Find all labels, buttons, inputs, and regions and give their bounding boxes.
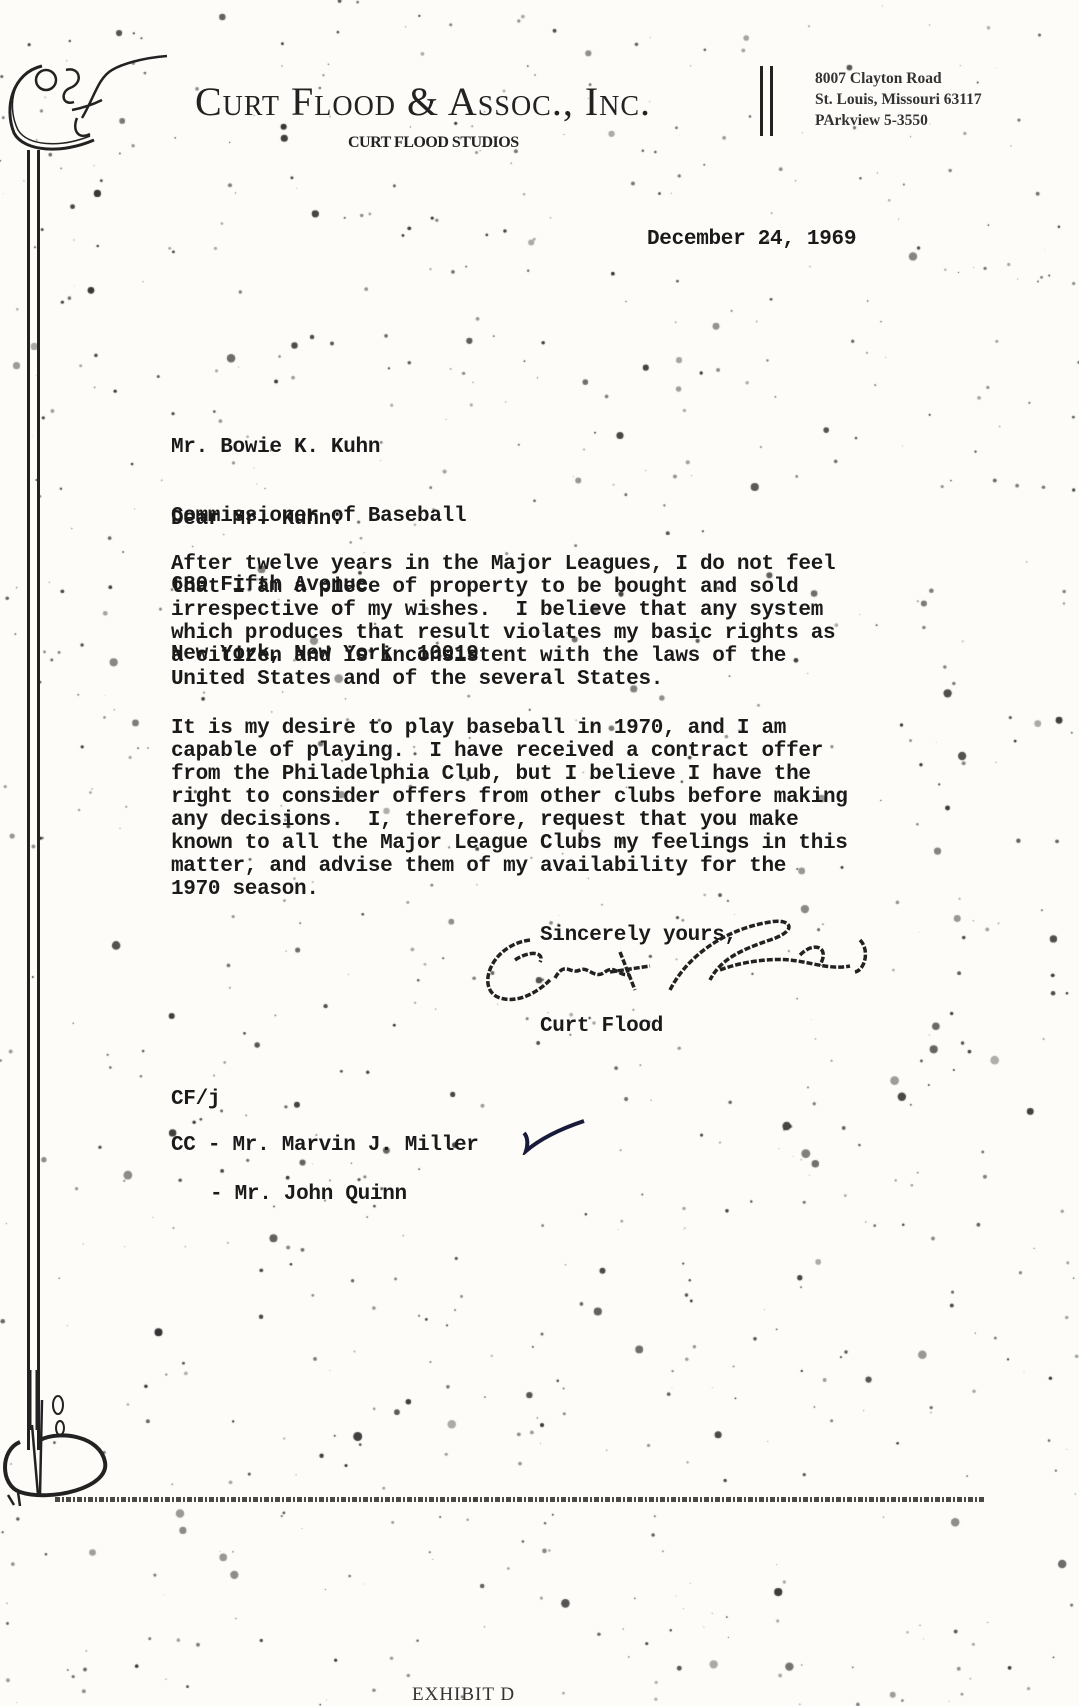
typist-initials: CF/j <box>171 1088 220 1111</box>
checkmark-icon <box>520 1115 590 1155</box>
artist-palette-icon <box>0 1370 120 1510</box>
phone-line: PArkview 5-3550 <box>815 110 982 131</box>
tear-line-divider <box>55 1497 985 1502</box>
signatory-name: Curt Flood <box>540 1015 663 1038</box>
address-line: St. Louis, Missouri 63117 <box>815 89 982 110</box>
cf-monogram-logo-icon <box>2 48 172 158</box>
address-line: 8007 Clayton Road <box>815 68 982 89</box>
margin-rule <box>37 150 40 1450</box>
exhibit-label: EXHIBIT D <box>412 1684 515 1706</box>
letterhead-address: 8007 Clayton Road St. Louis, Missouri 63… <box>815 68 982 131</box>
company-name: Curt Flood & Assoc., Inc. <box>195 78 651 125</box>
cc-line: - Mr. John Quinn <box>210 1183 407 1206</box>
header-divider <box>770 66 773 136</box>
body-paragraph-1: After twelve years in the Major Leagues,… <box>171 553 835 691</box>
company-subtitle: CURT FLOOD STUDIOS <box>348 134 519 152</box>
header-divider <box>760 66 763 136</box>
margin-rule <box>27 150 30 1450</box>
letter-date: December 24, 1969 <box>647 228 856 251</box>
handwritten-signature-icon <box>470 900 890 1020</box>
body-paragraph-2: It is my desire to play baseball in 1970… <box>171 717 848 901</box>
salutation: Dear Mr. Kuhn: <box>171 508 343 531</box>
recipient-line: Mr. Bowie K. Kuhn <box>171 436 479 459</box>
cc-line: CC - Mr. Marvin J. Miller <box>171 1134 479 1157</box>
